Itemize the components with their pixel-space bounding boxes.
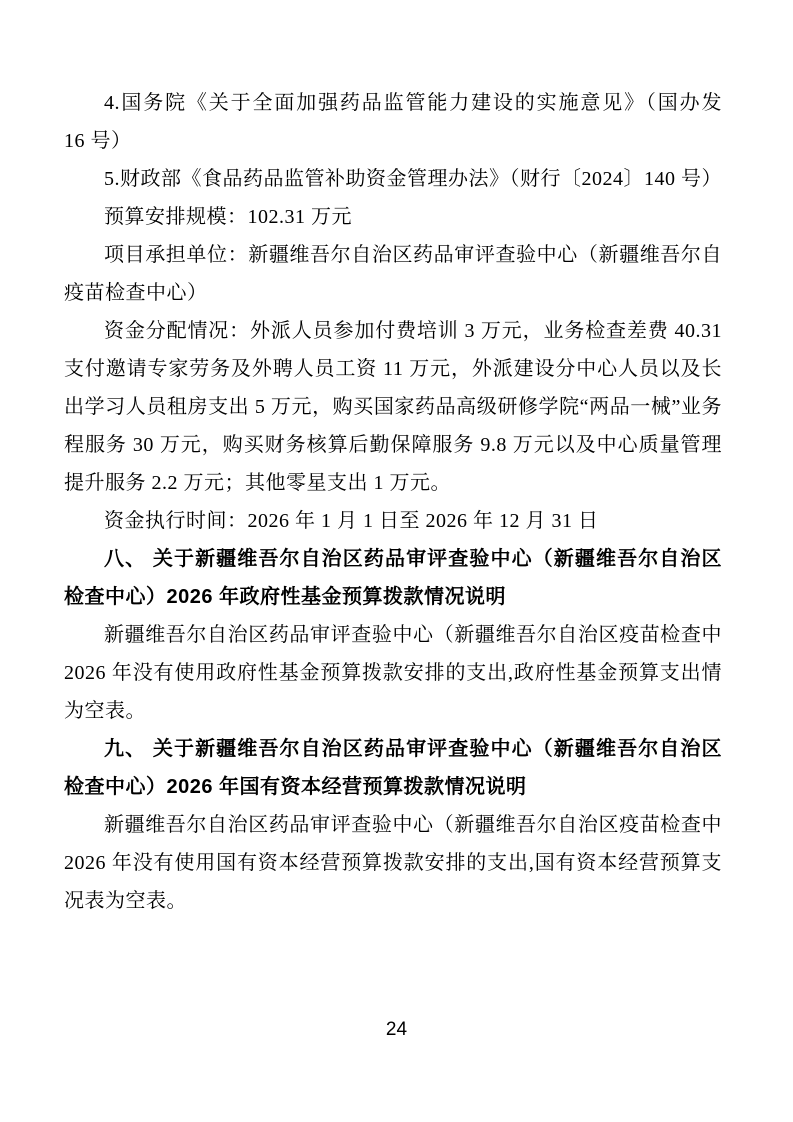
budget-scale-paragraph: 预算安排规模：102.31 万元 [64,198,722,236]
text-line: 疫苗检查中心） [64,274,722,312]
page-number: 24 [0,1018,793,1042]
project-undertaker-paragraph: 项目承担单位：新疆维吾尔自治区药品审评查验中心（新疆维吾尔自治区疫苗检查中心） [64,236,722,312]
text-line: 检查中心）2026 年政府性基金预算拨款情况说明 [64,578,722,616]
text-line: 新疆维吾尔自治区药品审评查验中心（新疆维吾尔自治区疫苗检查中心） [64,616,722,654]
text-line: 项目承担单位：新疆维吾尔自治区药品审评查验中心（新疆维吾尔自治区 [64,236,722,274]
text-line: 况表为空表。 [64,882,722,920]
fund-allocation-paragraph: 资金分配情况：外派人员参加付费培训 3 万元，业务检查差费 40.31 万元，支… [64,312,722,502]
text-line: 2026 年没有使用政府性基金预算拨款安排的支出,政府性基金预算支出情况表 [64,654,722,692]
text-line: 提升服务 2.2 万元；其他零星支出 1 万元。 [64,464,722,502]
cited-policy-item-4: 4.国务院《关于全面加强药品监管能力建设的实施意见》（国办发〔2021〕16 号… [64,84,722,160]
text-line: 九、 关于新疆维吾尔自治区药品审评查验中心（新疆维吾尔自治区疫苗 [64,730,722,768]
text-line: 出学习人员租房支出 5 万元，购买国家药品高级研修学院“两品一械”业务课 [64,388,722,426]
text-line: 5.财政部《食品药品监管补助资金管理办法》（财行〔2024〕140 号） [64,160,722,198]
text-line: 2026 年没有使用国有资本经营预算拨款安排的支出,国有资本经营预算支出情 [64,844,722,882]
document-content: 4.国务院《关于全面加强药品监管能力建设的实施意见》（国办发〔2021〕16 号… [64,84,722,920]
text-line: 检查中心）2026 年国有资本经营预算拨款情况说明 [64,768,722,806]
section-heading-8: 八、 关于新疆维吾尔自治区药品审评查验中心（新疆维吾尔自治区疫苗检查中心）202… [64,540,722,616]
text-line: 八、 关于新疆维吾尔自治区药品审评查验中心（新疆维吾尔自治区疫苗 [64,540,722,578]
cited-policy-item-5: 5.财政部《食品药品监管补助资金管理办法》（财行〔2024〕140 号） [64,160,722,198]
text-line: 资金执行时间：2026 年 1 月 1 日至 2026 年 12 月 31 日 [64,502,722,540]
government-fund-statement-paragraph: 新疆维吾尔自治区药品审评查验中心（新疆维吾尔自治区疫苗检查中心）2026 年没有… [64,616,722,730]
state-capital-statement-paragraph: 新疆维吾尔自治区药品审评查验中心（新疆维吾尔自治区疫苗检查中心）2026 年没有… [64,806,722,920]
text-line: 新疆维吾尔自治区药品审评查验中心（新疆维吾尔自治区疫苗检查中心） [64,806,722,844]
fund-execution-time-paragraph: 资金执行时间：2026 年 1 月 1 日至 2026 年 12 月 31 日 [64,502,722,540]
text-line: 支付邀请专家劳务及外聘人员工资 11 万元，外派建设分中心人员以及长期外 [64,350,722,388]
text-line: 资金分配情况：外派人员参加付费培训 3 万元，业务检查差费 40.31 万元， [64,312,722,350]
text-line: 为空表。 [64,692,722,730]
text-line: 程服务 30 万元，购买财务核算后勤保障服务 9.8 万元以及中心质量管理体系 [64,426,722,464]
text-line: 预算安排规模：102.31 万元 [64,198,722,236]
section-heading-9: 九、 关于新疆维吾尔自治区药品审评查验中心（新疆维吾尔自治区疫苗检查中心）202… [64,730,722,806]
text-line: 4.国务院《关于全面加强药品监管能力建设的实施意见》（国办发〔2021〕 [64,84,722,122]
text-line: 16 号） [64,122,722,160]
document-page: 4.国务院《关于全面加强药品监管能力建设的实施意见》（国办发〔2021〕16 号… [0,0,793,1122]
